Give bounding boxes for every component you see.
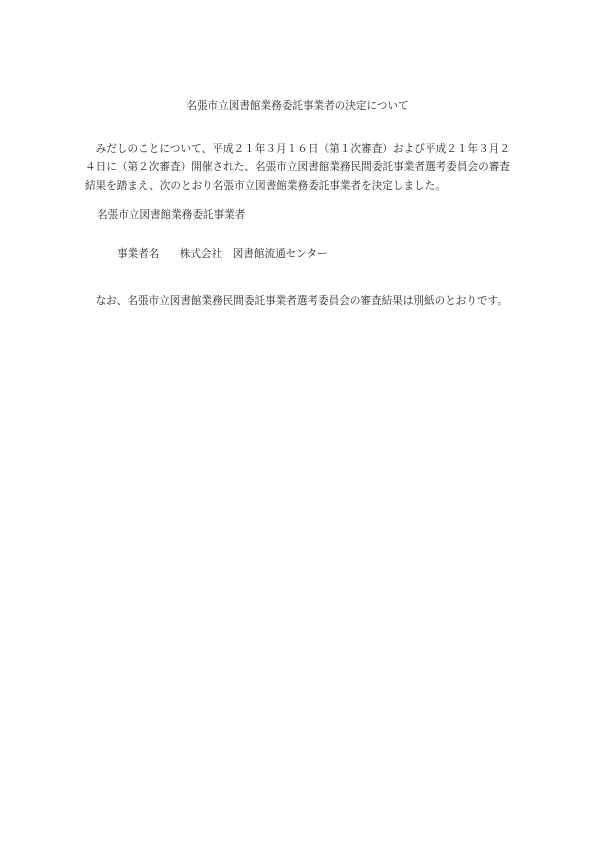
decided-operator-heading: 名張市立図書館業務委託事業者 [85,206,510,225]
operator-name-row: 事業者名 株式会社 図書館流通センター [85,245,510,264]
operator-name-value: 株式会社 図書館流通センター [180,245,328,264]
document-page: 名張市立図書館業務委託事業者の決定について みだしのことについて、平成２１年３月… [0,0,595,842]
document-title: 名張市立図書館業務委託事業者の決定について [85,97,510,116]
document-content: 名張市立図書館業務委託事業者の決定について みだしのことについて、平成２１年３月… [85,97,510,311]
note-paragraph: なお、名張市立図書館業務民間委託事業者選考委員会の審査結果は別紙のとおりです。 [85,292,510,311]
operator-name-label: 事業者名 [117,245,159,264]
body-paragraph: みだしのことについて、平成２１年３月１６日（第１次審査）および平成２１年３月２４… [85,140,510,196]
